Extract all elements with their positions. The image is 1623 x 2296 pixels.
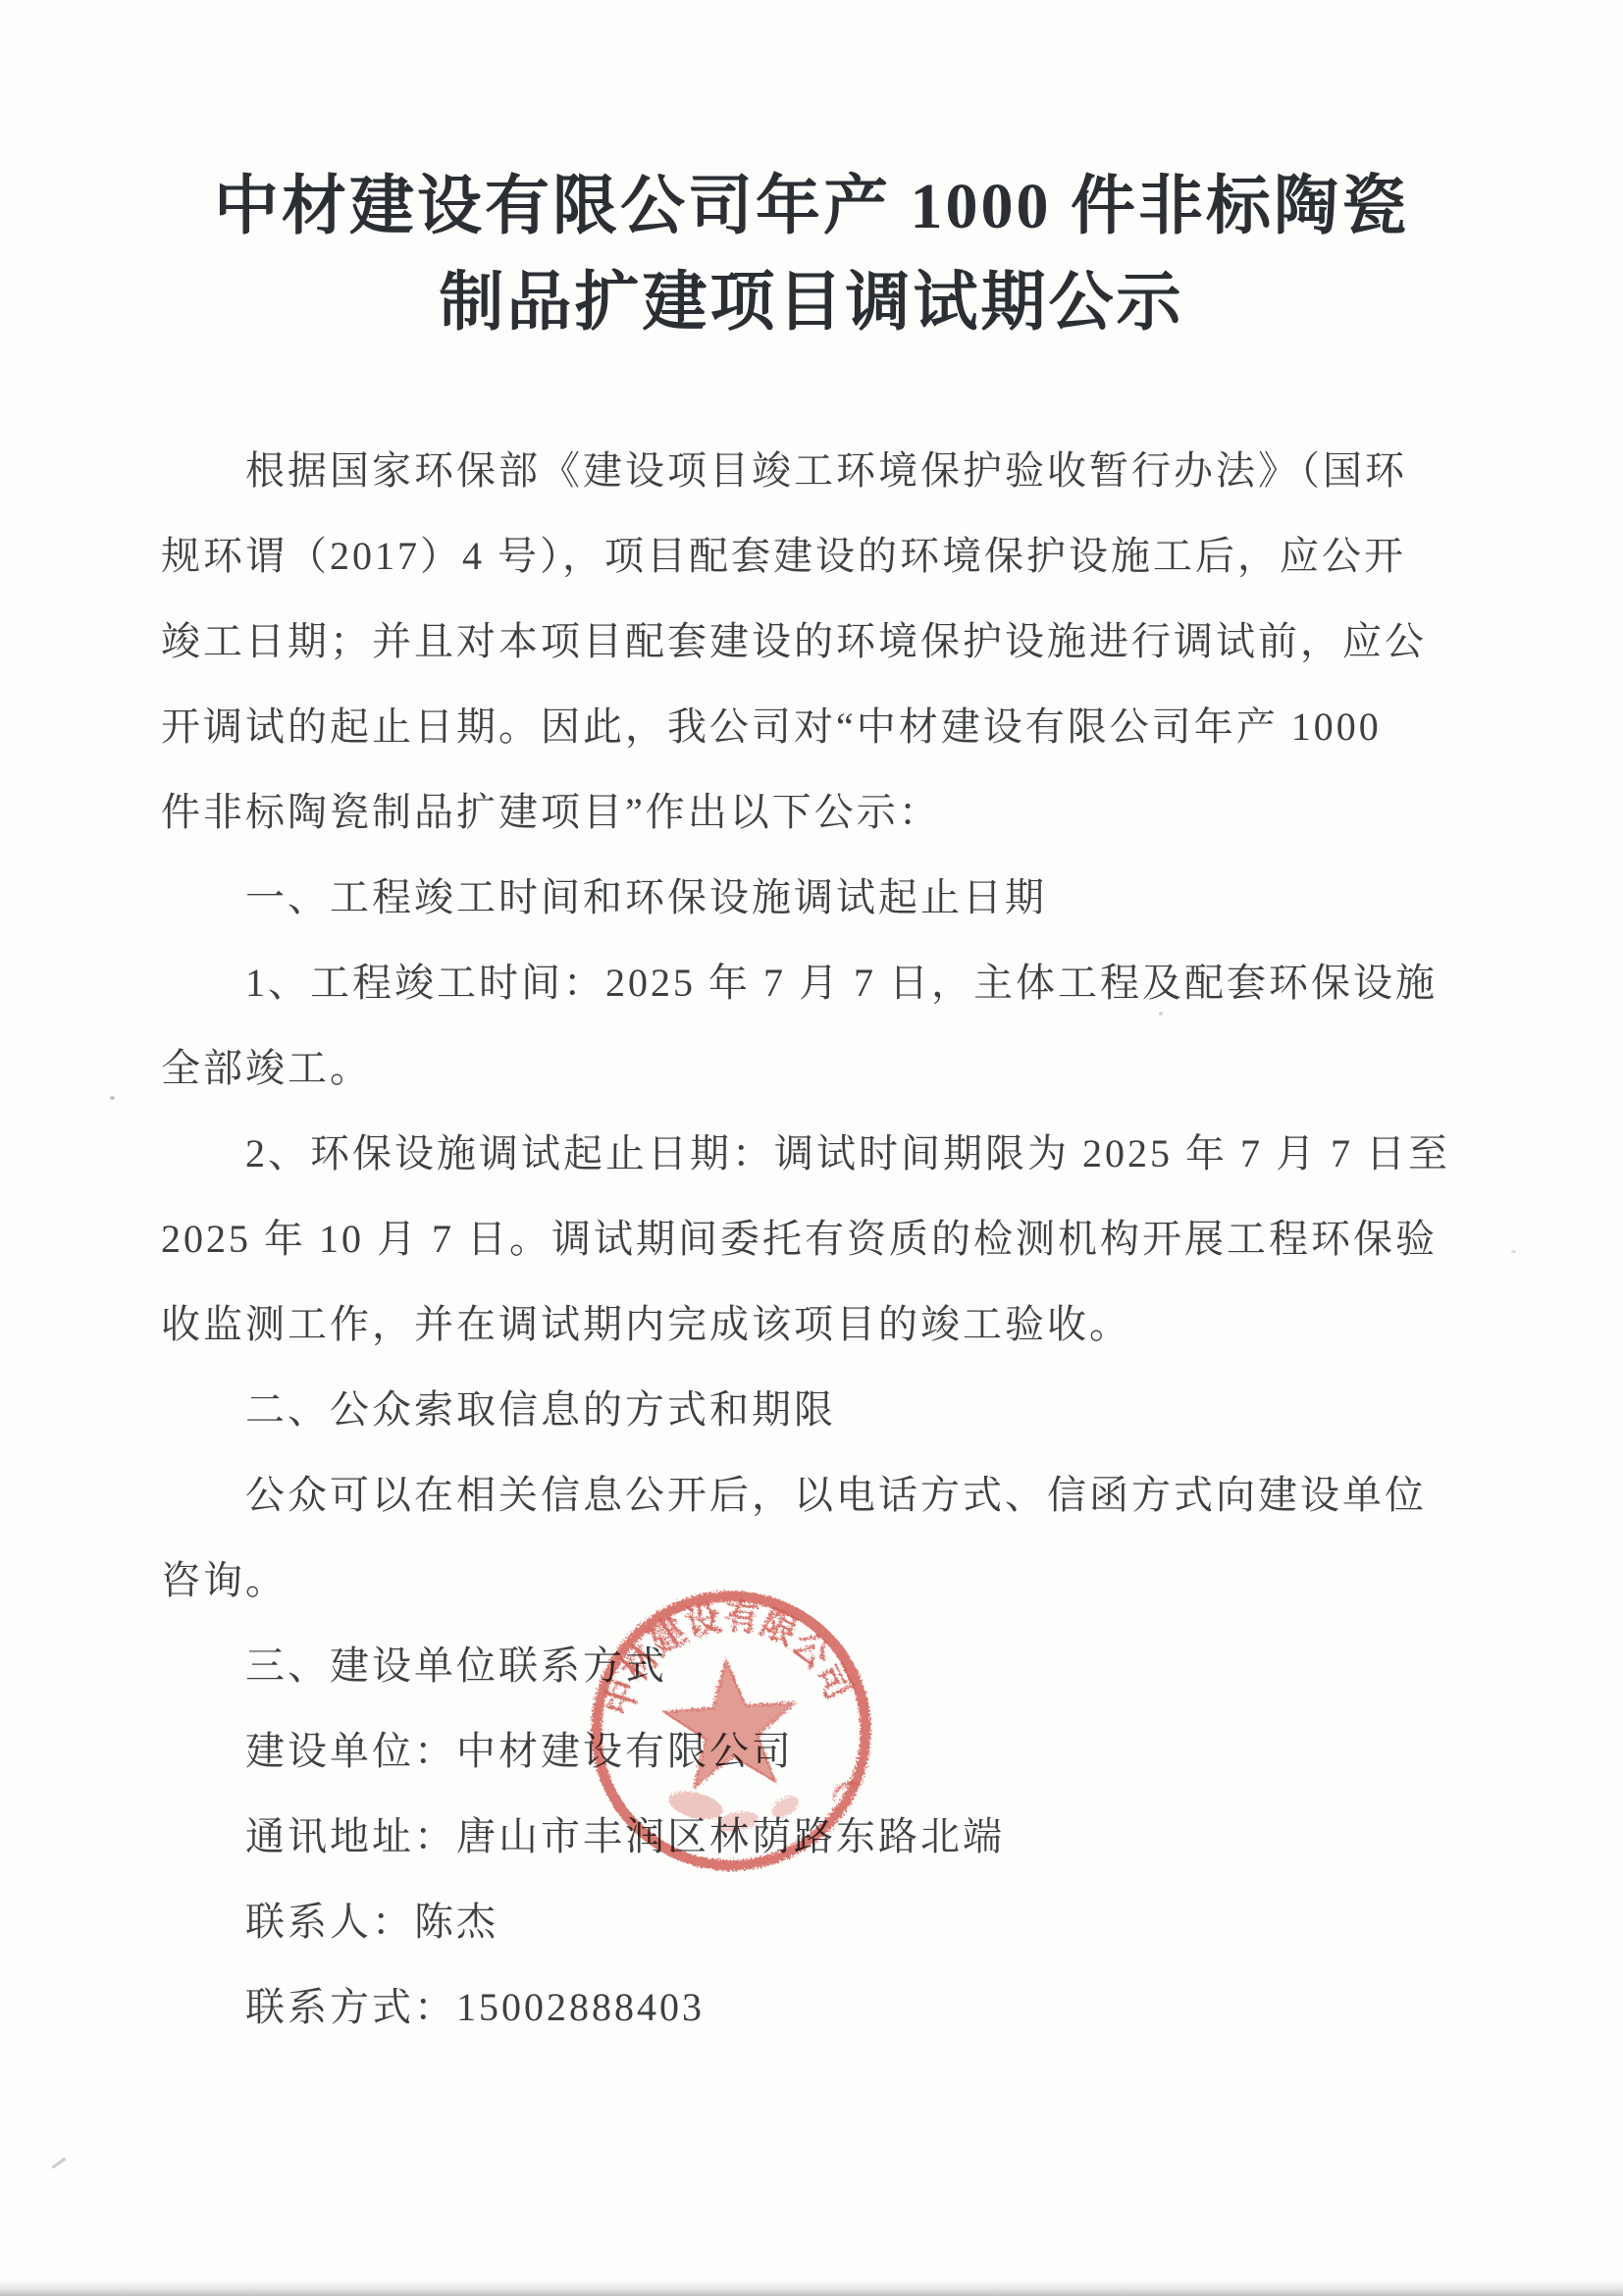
seal-smudge [768, 1792, 803, 1821]
title-line-1: 中材建设有限公司年产 1000 件非标陶瓷 [0, 159, 1623, 255]
scan-speck [1159, 1012, 1163, 1016]
scan-corner-mark [52, 2158, 67, 2169]
text-line: 开调试的起止日期。因此，我公司对“中材建设有限公司年产 1000 [161, 684, 1446, 769]
text-line: 竣工日期；并且对本项目配套建设的环境保护设施进行调试前，应公 [161, 599, 1446, 684]
scan-bottom-edge-artifact [0, 2280, 1623, 2296]
company-seal-stamp: 中材建设有限公司 （ [561, 1561, 901, 1901]
seal-star-icon [660, 1655, 800, 1789]
title-line-2: 制品扩建项目调试期公示 [0, 255, 1623, 351]
text-line: 二、公众索取信息的方式和期限 [161, 1367, 1446, 1452]
seal-smudge [666, 1787, 726, 1825]
document-page: 中材建设有限公司年产 1000 件非标陶瓷 制品扩建项目调试期公示 根据国家环保… [0, 0, 1623, 2296]
text-line: 一、工程竣工时间和环保设施调试起止日期 [161, 855, 1446, 940]
text-line: 联系方式：15002888403 [161, 1964, 1446, 2050]
text-line: 全部竣工。 [161, 1025, 1446, 1111]
text-line: 2025 年 10 月 7 日。调试期间委托有资质的检测机构开展工程环保验 [161, 1196, 1446, 1281]
text-line: 1、工程竣工时间：2025 年 7 月 7 日，主体工程及配套环保设施 [161, 940, 1446, 1025]
document-title: 中材建设有限公司年产 1000 件非标陶瓷 制品扩建项目调试期公示 [0, 159, 1623, 351]
scan-speck [110, 1096, 115, 1100]
scan-speck [1511, 1250, 1516, 1253]
text-line: 公众可以在相关信息公开后，以电话方式、信函方式向建设单位 [161, 1452, 1446, 1538]
text-line: 件非标陶瓷制品扩建项目”作出以下公示： [161, 769, 1446, 855]
text-line: 收监测工作，并在调试期内完成该项目的竣工验收。 [161, 1281, 1446, 1367]
text-line: 2、环保设施调试起止日期：调试时间期限为 2025 年 7 月 7 日至 [161, 1111, 1446, 1196]
text-line: 根据国家环保部《建设项目竣工环境保护验收暂行办法》（国环 [161, 428, 1446, 513]
text-line: 联系人：陈杰 [161, 1879, 1446, 1964]
text-line: 规环谓（2017）4 号），项目配套建设的环境保护设施工后，应公开 [161, 513, 1446, 599]
